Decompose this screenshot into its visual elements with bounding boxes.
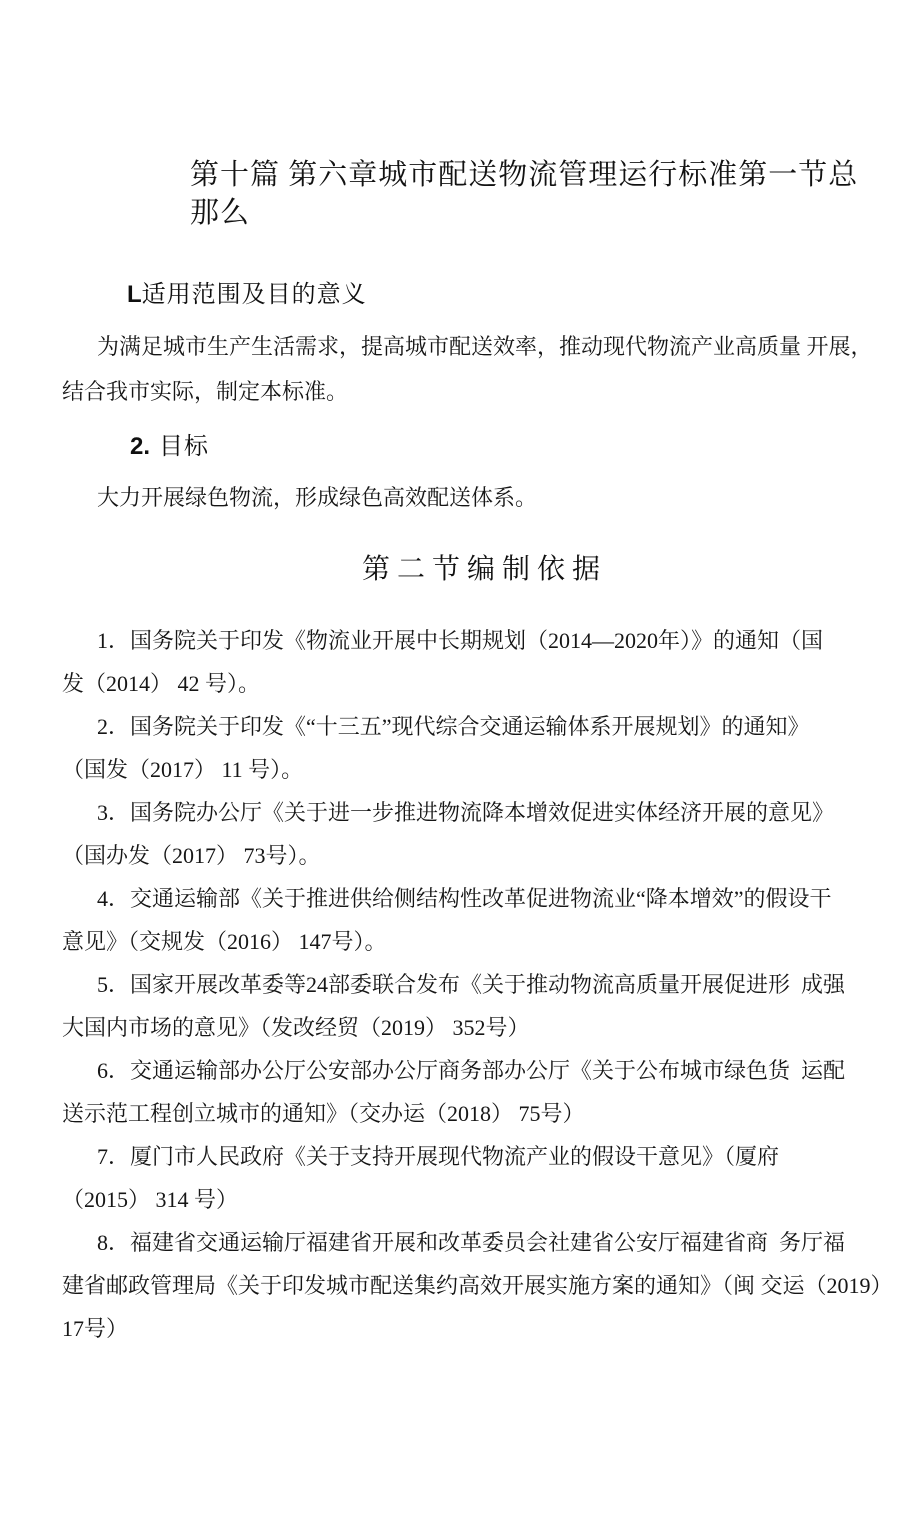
reference-1-line-2: 发（2014） 42 号）。 xyxy=(62,662,872,705)
reference-8-line-2: 建省邮政管理局《关于印发城市配送集约高效开展实施方案的通知》（闽 交运（2019… xyxy=(62,1264,872,1307)
reference-3-line-1: 3．国务院办公厅《关于进一步推进物流降本增效促进实体经济开展的意见》 xyxy=(62,791,872,834)
document-page: 第十篇 第六章城市配送物流管理运行标准第一节总 那么 L适用范围及目的意义 为满… xyxy=(0,0,920,1516)
scope-paragraph-line-1: 为满足城市生产生活需求，提高城市配送效率，推动现代物流产业高质量 开展， xyxy=(62,324,860,369)
reference-5-line-2: 大国内市场的意见》（发改经贸（2019） 352号） xyxy=(62,1006,872,1049)
reference-7-line-2: （2015） 314 号） xyxy=(62,1178,872,1221)
references-list: 1．国务院关于印发《物流业开展中长期规划（2014—2020年）》的通知（国 发… xyxy=(62,619,872,1350)
heading-goal-number: 2. xyxy=(130,433,150,460)
heading-goal: 2.目标 xyxy=(130,432,209,462)
reference-7-line-1: 7．厦门市人民政府《关于支持开展现代物流产业的假设干意见》（厦府 xyxy=(62,1135,872,1178)
goal-paragraph: 大力开展绿色物流，形成绿色高效配送体系。 xyxy=(62,475,860,520)
reference-4-line-1: 4．交通运输部《关于推进供给侧结构性改革促进物流业“降本增效”的假设干 xyxy=(62,877,872,920)
reference-1-line-1: 1．国务院关于印发《物流业开展中长期规划（2014—2020年）》的通知（国 xyxy=(62,619,872,662)
document-title-line-1: 第十篇 第六章城市配送物流管理运行标准第一节总 xyxy=(190,156,880,194)
scope-paragraph-line-2: 结合我市实际，制定本标准。 xyxy=(62,369,860,414)
heading-scope-label: 适用范围及目的意义 xyxy=(142,282,367,308)
document-title: 第十篇 第六章城市配送物流管理运行标准第一节总 那么 xyxy=(190,156,880,232)
document-title-line-2: 那么 xyxy=(190,194,880,232)
reference-2-line-1: 2．国务院关于印发《“十三五”现代综合交通运输体系开展规划》的通知》 xyxy=(62,705,872,748)
reference-6-line-1: 6．交通运输部办公厅公安部办公厅商务部办公厅《关于公布城市绿色货 运配 xyxy=(62,1049,872,1092)
heading-scope: L适用范围及目的意义 xyxy=(127,280,367,310)
scope-paragraph: 为满足城市生产生活需求，提高城市配送效率，推动现代物流产业高质量 开展， 结合我… xyxy=(62,324,860,414)
section-basis-heading: 第二节编制依据 xyxy=(362,553,607,587)
reference-4-line-2: 意见》（交规发（2016） 147号）。 xyxy=(62,920,872,963)
heading-scope-number: L xyxy=(127,281,142,308)
heading-goal-label: 目标 xyxy=(159,434,209,460)
reference-3-line-2: （国办发（2017） 73号）。 xyxy=(62,834,872,877)
reference-8-line-1: 8．福建省交通运输厅福建省开展和改革委员会社建省公安厅福建省商 务厅福 xyxy=(62,1221,872,1264)
reference-6-line-2: 送示范工程创立城市的通知》（交办运（2018） 75号） xyxy=(62,1092,872,1135)
reference-8-line-3: 17号） xyxy=(62,1307,872,1350)
goal-paragraph-line-1: 大力开展绿色物流，形成绿色高效配送体系。 xyxy=(62,475,860,520)
reference-2-line-2: （国发（2017） 11 号）。 xyxy=(62,748,872,791)
reference-5-line-1: 5．国家开展改革委等24部委联合发布《关于推动物流高质量开展促进形 成强 xyxy=(62,963,872,1006)
